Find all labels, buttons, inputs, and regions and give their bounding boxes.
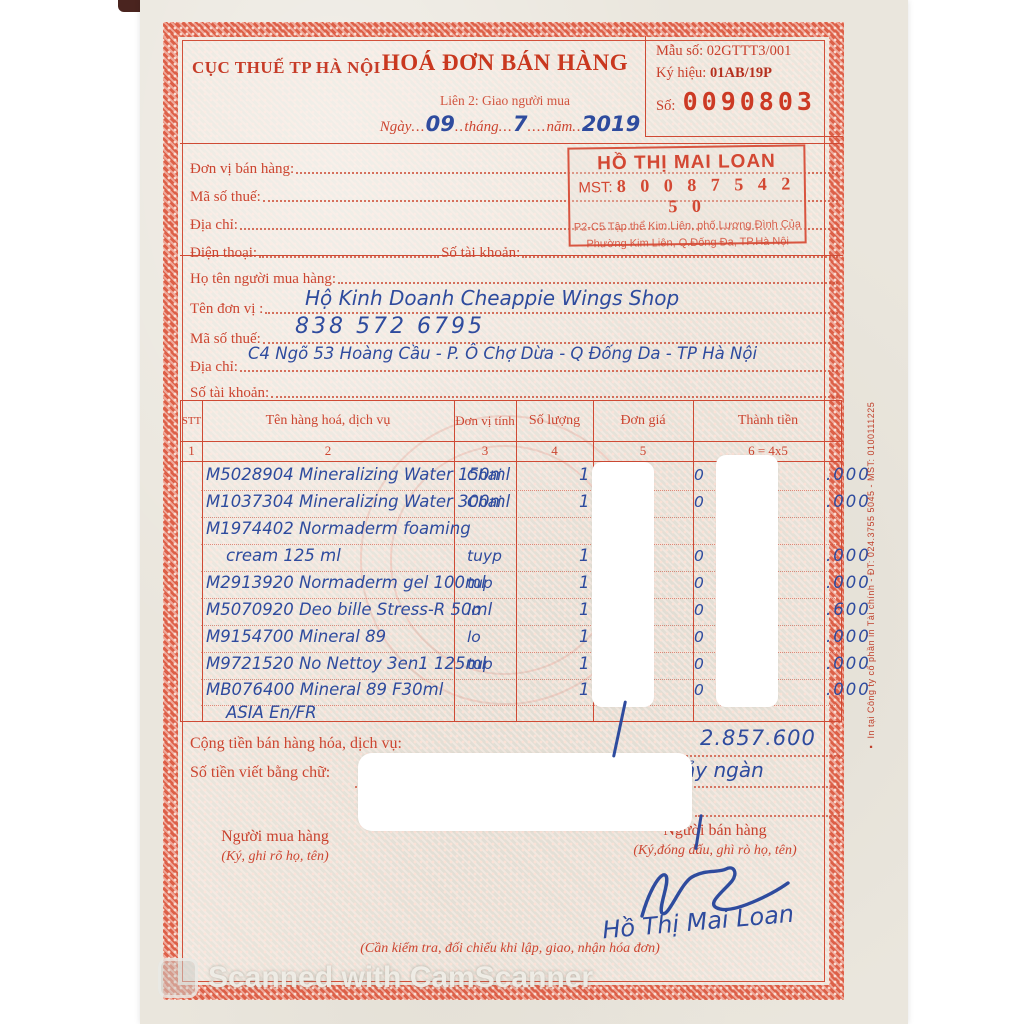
seller-tax-label: Mã số thuế: [190,189,261,206]
buyer-unit-label: Tên đơn vị : [190,301,263,318]
col-header-name: Tên hàng hoá, dịch vụ [202,401,454,441]
seller-account-label: Số tài khoản: [441,245,520,262]
col-number: 4 [516,441,593,461]
stamp-seller-name: HỒ THỊ MAI LOAN [569,150,803,175]
buyer-signature-title: Người mua hàng [180,828,370,846]
buyer-address-row: Địa chỉ: C4 Ngõ 53 Hoàng Cầu - P. Ô Chợ … [190,346,840,376]
buyer-signature-note: (Ký, ghi rõ họ, tên) [170,849,380,865]
seller-stamp: HỒ THỊ MAI LOAN MST: 8 0 0 8 7 5 4 2 5 0… [567,144,806,246]
form-number: Mẫu số: 02GTTT3/001 [656,43,843,60]
buyer-tax-value: 838 572 6795 [295,314,485,339]
redaction-box-price [592,462,654,707]
redaction-box-total [716,455,778,707]
col-number: 5 [593,441,693,461]
divider [180,255,843,256]
stamp-address-1: P2-C5 Tập thể Kim Liên, phố Lương Đình C… [570,217,804,235]
buyer-address-label: Địa chỉ: [190,359,238,376]
col-header-price: Đơn giá [593,401,693,441]
invoice-title: HOÁ ĐƠN BÁN HÀNG [340,50,670,76]
printer-fine-print: ▪ In tại Công ty cổ phần in Tài chính - … [866,372,876,752]
footer-note: (Cần kiểm tra, đối chiếu khi lập, giao, … [260,941,760,957]
buyer-unit-value: Hộ Kinh Doanh Cheappie Wings Shop [305,286,679,310]
redaction-box-words [358,753,692,831]
stamp-tax-code: MST: 8 0 0 8 7 5 4 2 5 0 [570,173,805,218]
buyer-unit-row: Tên đơn vị : Hộ Kinh Doanh Cheappie Wing… [190,288,840,318]
buyer-address-value: C4 Ngõ 53 Hoàng Cầu - P. Ô Chợ Dừa - Q Đ… [248,344,757,363]
col-number: 1 [181,441,202,461]
invoice-paper: CỤC THUẾ TP HÀ NỘI HOÁ ĐƠN BÁN HÀNG Liên… [140,0,908,1024]
col-number: 2 [202,441,454,461]
date-line: Ngày...09..tháng...7....năm..2019 [320,112,700,136]
amount-in-words-label: Số tiền viết bằng chữ: [190,764,330,782]
col-header-unit: Đơn vị tính [454,401,516,441]
copy-note: Liên 2: Giao người mua [340,93,670,109]
seller-unit-label: Đơn vị bán hàng: [190,161,294,178]
printer-icon: ▪ [866,738,876,752]
serial-symbol: Ký hiệu: 01AB/19P [656,65,843,82]
camscanner-text: Scanned with CamScanner [208,961,593,995]
buyer-name-row: Họ tên người mua hàng: [190,262,840,288]
dotted-line [695,815,843,817]
col-header-total: Thành tiền [693,401,843,441]
seller-address-label: Địa chỉ: [190,217,238,234]
total-label: Cộng tiền bán hàng hóa, dịch vụ: [190,735,402,753]
amount-in-words-fragment: ảy ngàn [683,758,764,782]
col-header-qty: Số lượng [516,401,593,441]
total-value: 2.857.600 [700,726,816,750]
seller-signature-note: (Ký,đóng dấu, ghì rò họ, tên) [590,843,840,859]
camscanner-watermark: Scanned with CamScanner [158,958,593,998]
camscanner-icon [158,958,198,998]
divider [180,143,843,144]
buyer-account-row: Số tài khoản: [190,376,840,402]
col-header-stt: STT [181,401,202,441]
grid-line [181,441,843,442]
seller-phone-label: Điện thoại: [190,245,257,262]
col-number: 3 [454,441,516,461]
